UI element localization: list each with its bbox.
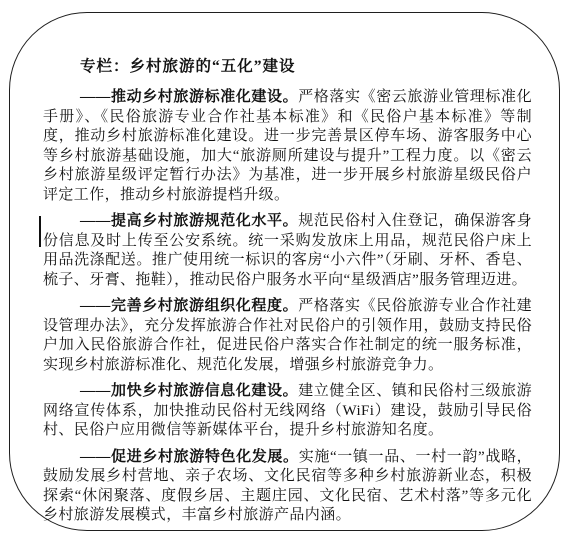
para-normalization-lead: ——提高乡村旅游规范化水平。 (80, 213, 298, 229)
callout-box: 专栏：乡村旅游的“五化”建设 ——推动乡村旅游标准化建设。严格落实《密云旅游业管… (9, 12, 560, 531)
para-specialization-lead: ——促进乡村旅游特色化发展。 (80, 449, 299, 465)
para-standardization-body: 严格落实《密云旅游业管理标准化手册》、《民俗旅游专业合作社基本标准》和《民俗户基… (43, 89, 532, 203)
para-specialization: ——促进乡村旅游特色化发展。实施“一镇一品、一村一韵”战略，鼓励发展乡村营地、亲… (43, 448, 532, 526)
para-standardization-lead: ——推动乡村旅游标准化建设。 (80, 89, 298, 105)
column-title: 专栏：乡村旅游的“五化”建设 (43, 57, 532, 77)
para-informatization-lead: ——加快乡村旅游信息化建设。 (80, 383, 298, 399)
para-organization: ——完善乡村旅游组织化程度。严格落实《民俗旅游专业合作社建设管理办法》，充分发挥… (43, 297, 532, 375)
para-normalization: ——提高乡村旅游规范化水平。规范民俗村入住登记，确保游客身份信息及时上传至公安系… (43, 212, 532, 290)
para-informatization: ——加快乡村旅游信息化建设。建立健全区、镇和民俗村三级旅游网络宣传体系，加快推动… (43, 382, 532, 441)
revision-bar-mark (39, 216, 41, 247)
para-organization-lead: ——完善乡村旅游组织化程度。 (80, 298, 298, 314)
para-standardization: ——推动乡村旅游标准化建设。严格落实《密云旅游业管理标准化手册》、《民俗旅游专业… (43, 88, 532, 205)
document-page: 专栏：乡村旅游的“五化”建设 ——推动乡村旅游标准化建设。严格落实《密云旅游业管… (0, 0, 573, 546)
